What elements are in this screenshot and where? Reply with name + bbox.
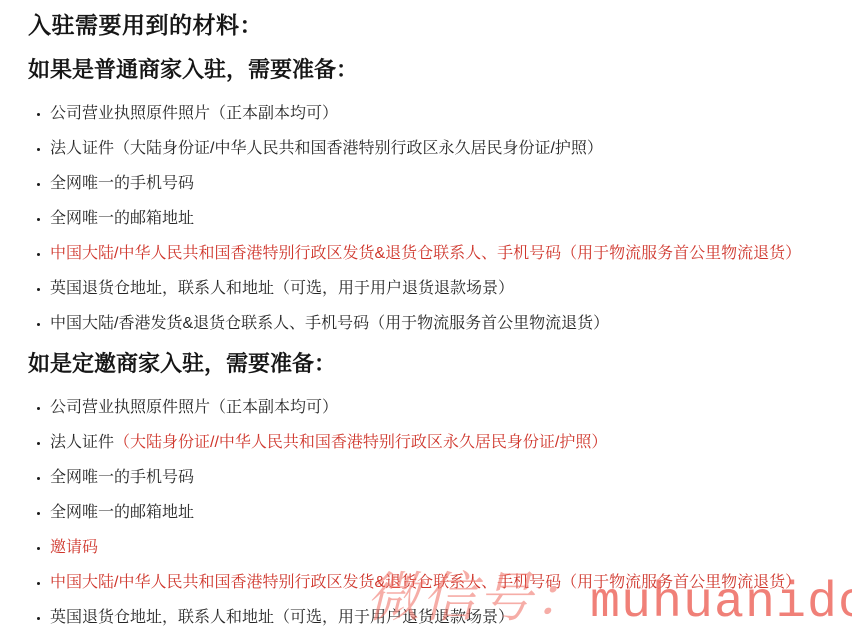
- item-text: 全网唯一的手机号码: [50, 469, 194, 486]
- item-text: 法人证件: [50, 434, 114, 451]
- item-text: 中国大陆/中华人民共和国香港特别行政区发货&退货仓联系人、手机号码（用于物流服务…: [50, 574, 801, 591]
- item-text: 法人证件（大陆身份证/中华人民共和国香港特别行政区永久居民身份证/护照）: [50, 140, 603, 157]
- materials-list-invited: 公司营业执照原件照片（正本副本均可） 法人证件（大陆身份证//中华人民共和国香港…: [28, 398, 852, 628]
- list-item: 全网唯一的手机号码: [50, 174, 852, 194]
- page-title: 入驻需要用到的材料：: [28, 10, 852, 40]
- list-item: 公司营业执照原件照片（正本副本均可）: [50, 104, 852, 124]
- item-text: 公司营业执照原件照片（正本副本均可）: [50, 105, 338, 122]
- materials-list-ordinary: 公司营业执照原件照片（正本副本均可） 法人证件（大陆身份证/中华人民共和国香港特…: [28, 104, 852, 334]
- list-item: 全网唯一的邮箱地址: [50, 209, 852, 229]
- item-text: 英国退货仓地址，联系人和地址（可选，用于用户退货退款场景）: [50, 280, 514, 297]
- list-item: 中国大陆/中华人民共和国香港特别行政区发货&退货仓联系人、手机号码（用于物流服务…: [50, 573, 852, 593]
- list-item: 中国大陆/中华人民共和国香港特别行政区发货&退货仓联系人、手机号码（用于物流服务…: [50, 244, 852, 264]
- list-item: 英国退货仓地址，联系人和地址（可选，用于用户退货退款场景）: [50, 279, 852, 299]
- item-text-secondary: （大陆身份证//中华人民共和国香港特别行政区永久居民身份证/护照）: [114, 434, 607, 451]
- item-text: 邀请码: [50, 539, 98, 556]
- item-text: 中国大陆/中华人民共和国香港特别行政区发货&退货仓联系人、手机号码（用于物流服务…: [50, 245, 801, 262]
- list-item: 邀请码: [50, 538, 852, 558]
- item-text: 中国大陆/香港发货&退货仓联系人、手机号码（用于物流服务首公里物流退货）: [50, 315, 609, 332]
- list-item: 法人证件（大陆身份证/中华人民共和国香港特别行政区永久居民身份证/护照）: [50, 139, 852, 159]
- list-item: 英国退货仓地址，联系人和地址（可选，用于用户退货退款场景）: [50, 608, 852, 628]
- item-text: 全网唯一的手机号码: [50, 175, 194, 192]
- section-heading-invited-merchant: 如是定邀商家入驻，需要准备：: [28, 350, 852, 378]
- document-page: 入驻需要用到的材料： 如果是普通商家入驻，需要准备： 公司营业执照原件照片（正本…: [0, 0, 852, 635]
- list-item: 全网唯一的邮箱地址: [50, 503, 852, 523]
- item-text: 英国退货仓地址，联系人和地址（可选，用于用户退货退款场景）: [50, 609, 514, 626]
- item-text: 全网唯一的邮箱地址: [50, 210, 194, 227]
- list-item: 全网唯一的手机号码: [50, 468, 852, 488]
- list-item: 公司营业执照原件照片（正本副本均可）: [50, 398, 852, 418]
- list-item: 法人证件（大陆身份证//中华人民共和国香港特别行政区永久居民身份证/护照）: [50, 433, 852, 453]
- section-heading-ordinary-merchant: 如果是普通商家入驻，需要准备：: [28, 56, 852, 84]
- item-text: 全网唯一的邮箱地址: [50, 504, 194, 521]
- item-text: 公司营业执照原件照片（正本副本均可）: [50, 399, 338, 416]
- list-item: 中国大陆/香港发货&退货仓联系人、手机号码（用于物流服务首公里物流退货）: [50, 314, 852, 334]
